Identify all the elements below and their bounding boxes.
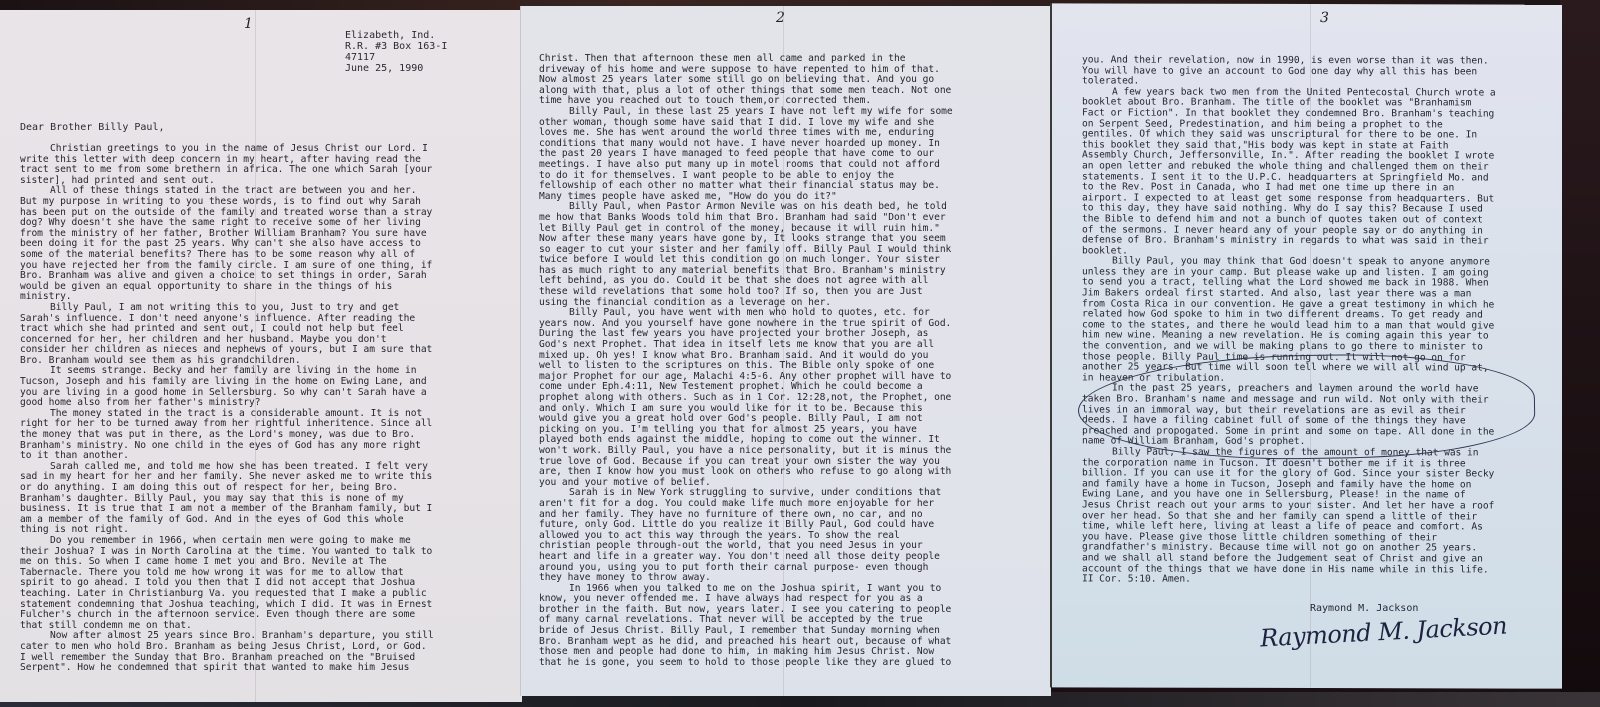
text-line: Do you remember in 1966, when certain me… bbox=[20, 536, 434, 547]
text-line: Billy Paul, I am not writing this to you… bbox=[20, 303, 434, 314]
text-line: Christian greetings to you in the name o… bbox=[20, 144, 434, 155]
text-line: Billy Paul, in these last 25 years I hav… bbox=[539, 107, 953, 118]
text-line: that he is gone, you seem to hold to tho… bbox=[539, 658, 953, 669]
text-line: But my purpose in writing to you these w… bbox=[20, 197, 434, 208]
text-line: prophet along with others. Such as in 1 … bbox=[539, 393, 953, 404]
text-line: defense of Bro. Branham's ministry in re… bbox=[1082, 236, 1496, 248]
page-3-body: you. And their revelation, now in 1990, … bbox=[1082, 55, 1496, 586]
text-line: You will have to give an account to God … bbox=[1082, 66, 1496, 78]
address-line: R.R. #3 Box 163-I bbox=[345, 41, 447, 52]
salutation: Dear Brother Billy Paul, bbox=[20, 122, 165, 133]
text-line: Serpent". How he condemned that spirit t… bbox=[20, 663, 434, 674]
page-number: 1 bbox=[244, 16, 253, 32]
text-line: or do anything. I am doing this out of r… bbox=[20, 483, 434, 494]
page-2-body: Christ. Then that afternoon these men al… bbox=[539, 54, 953, 668]
text-line: me how that Banks Woods told him that Br… bbox=[539, 213, 953, 224]
text-line: Christ. Then that afternoon these men al… bbox=[539, 54, 953, 65]
text-line: meetings. I have also put many up in mot… bbox=[539, 160, 953, 171]
text-line: teaching. Later in Christianburg Va. you… bbox=[20, 589, 434, 600]
background-right bbox=[1560, 0, 1600, 707]
text-line: heart and life in a greater way. You don… bbox=[539, 552, 953, 563]
page-number: 2 bbox=[776, 10, 785, 26]
page-1-body: Christian greetings to you in the name o… bbox=[20, 144, 434, 674]
text-line: would be given an equal opportunity to s… bbox=[20, 282, 434, 293]
text-line: won't work. Billy Paul, you have a nice … bbox=[539, 446, 953, 457]
letter-page-2: 2 Christ. Then that afternoon these men … bbox=[520, 6, 1051, 696]
address-line: June 25, 1990 bbox=[345, 63, 447, 74]
address-line: Elizabeth, Ind. bbox=[345, 30, 447, 41]
text-line: aren't fit for a dog. You could make lif… bbox=[539, 499, 953, 510]
text-line: cater to men who hold Bro. Branham as be… bbox=[20, 642, 434, 653]
letter-page-3: 3 you. And their revelation, now in 1990… bbox=[1050, 3, 1562, 688]
text-line: some of the material benefits? There has… bbox=[20, 250, 434, 261]
typed-signature-name: Raymond M. Jackson bbox=[1310, 603, 1418, 614]
sender-address: Elizabeth, Ind.R.R. #3 Box 163-I47117Jun… bbox=[345, 30, 447, 74]
address-line: 47117 bbox=[345, 52, 447, 63]
letter-page-1: 1 Elizabeth, Ind.R.R. #3 Box 163-I47117J… bbox=[0, 10, 522, 702]
text-line: II Cor. 5:10. Amen. bbox=[1082, 575, 1496, 587]
page-number: 3 bbox=[1320, 10, 1329, 26]
